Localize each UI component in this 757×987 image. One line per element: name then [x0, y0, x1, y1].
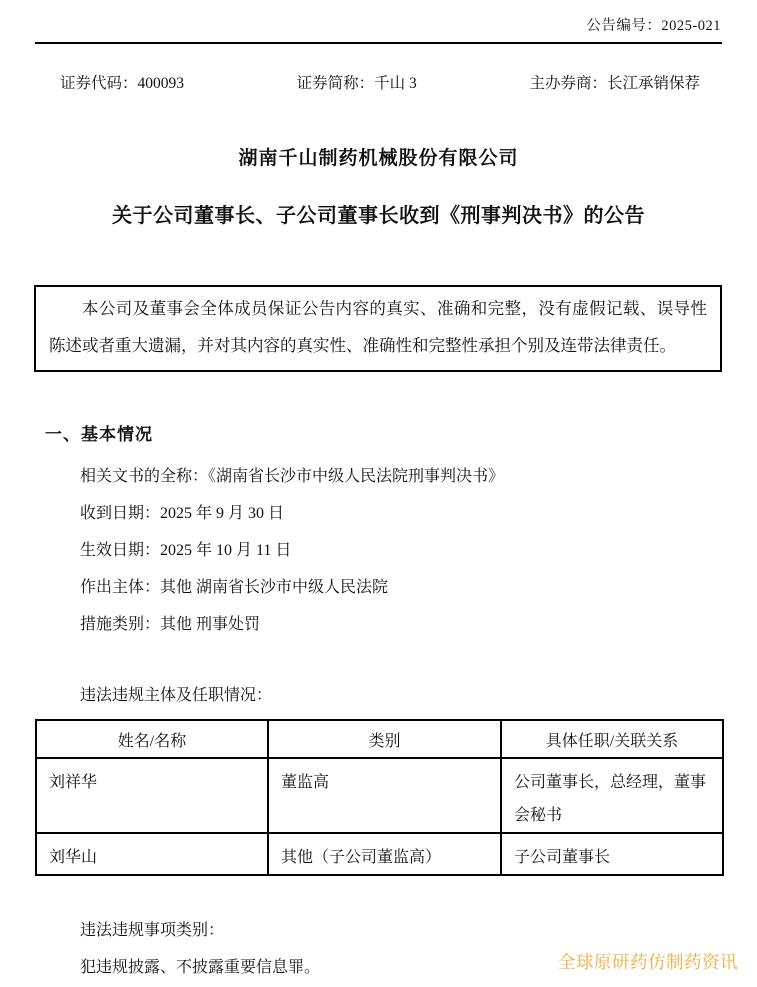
- announcement-page: 公告编号：2025-021 证券代码：400093 证券简称：千山 3 主办券商…: [0, 0, 757, 987]
- table-row: 刘祥华 董监高 公司董事长，总经理，董事会秘书: [36, 758, 723, 833]
- stock-short-name: 证券简称：千山 3: [297, 71, 417, 93]
- cell-position: 子公司董事长: [501, 833, 723, 875]
- table-header-row: 姓名/名称 类别 具体任职/关联关系: [36, 720, 723, 758]
- detail-received-date: 收到日期：2025 年 9 月 30 日: [80, 504, 722, 524]
- subjects-table-caption: 违法违规主体及任职情况：: [80, 682, 722, 705]
- cell-category: 其他（子公司董监高）: [268, 833, 501, 875]
- section-heading-basic-info: 一、基本情况: [45, 420, 757, 445]
- detail-measure-type: 措施类别：其他 刑事处罚: [80, 615, 722, 635]
- column-header-category: 类别: [268, 720, 501, 758]
- announcement-title: 关于公司董事长、子公司董事长收到《刑事判决书》的公告: [0, 199, 757, 228]
- stock-code: 证券代码：400093: [60, 71, 184, 93]
- detail-document-full-name: 相关文书的全称：《湖南省长沙市中级人民法院刑事判决书》: [80, 467, 722, 487]
- announcement-number: 公告编号：2025-021: [0, 0, 757, 35]
- cell-position: 公司董事长，总经理，董事会秘书: [501, 758, 723, 833]
- company-name-title: 湖南千山制药机械股份有限公司: [0, 143, 757, 170]
- cell-name: 刘祥华: [36, 758, 268, 833]
- cell-category: 董监高: [268, 758, 501, 833]
- column-header-name: 姓名/名称: [36, 720, 268, 758]
- violation-category-label: 违法违规事项类别：: [80, 921, 722, 941]
- watermark-text: 全球原研药仿制药资讯: [558, 949, 738, 974]
- detail-effective-date: 生效日期：2025 年 10 月 11 日: [80, 541, 722, 561]
- header-divider: [35, 42, 722, 44]
- cell-name: 刘华山: [36, 833, 268, 875]
- sponsor-broker: 主办券商：长江承销保荐: [529, 71, 700, 93]
- securities-info-row: 证券代码：400093 证券简称：千山 3 主办券商：长江承销保荐: [60, 71, 700, 93]
- table-row: 刘华山 其他（子公司董监高） 子公司董事长: [36, 833, 723, 875]
- disclaimer-text: 本公司及董事会全体成员保证公告内容的真实、准确和完整，没有虚假记载、误导性陈述或…: [49, 290, 707, 364]
- detail-issuing-authority: 作出主体：其他 湖南省长沙市中级人民法院: [80, 578, 722, 598]
- subjects-table: 姓名/名称 类别 具体任职/关联关系 刘祥华 董监高 公司董事长，总经理，董事会…: [35, 719, 724, 876]
- column-header-position: 具体任职/关联关系: [501, 720, 723, 758]
- disclaimer-box: 本公司及董事会全体成员保证公告内容的真实、准确和完整，没有虚假记载、误导性陈述或…: [34, 285, 722, 372]
